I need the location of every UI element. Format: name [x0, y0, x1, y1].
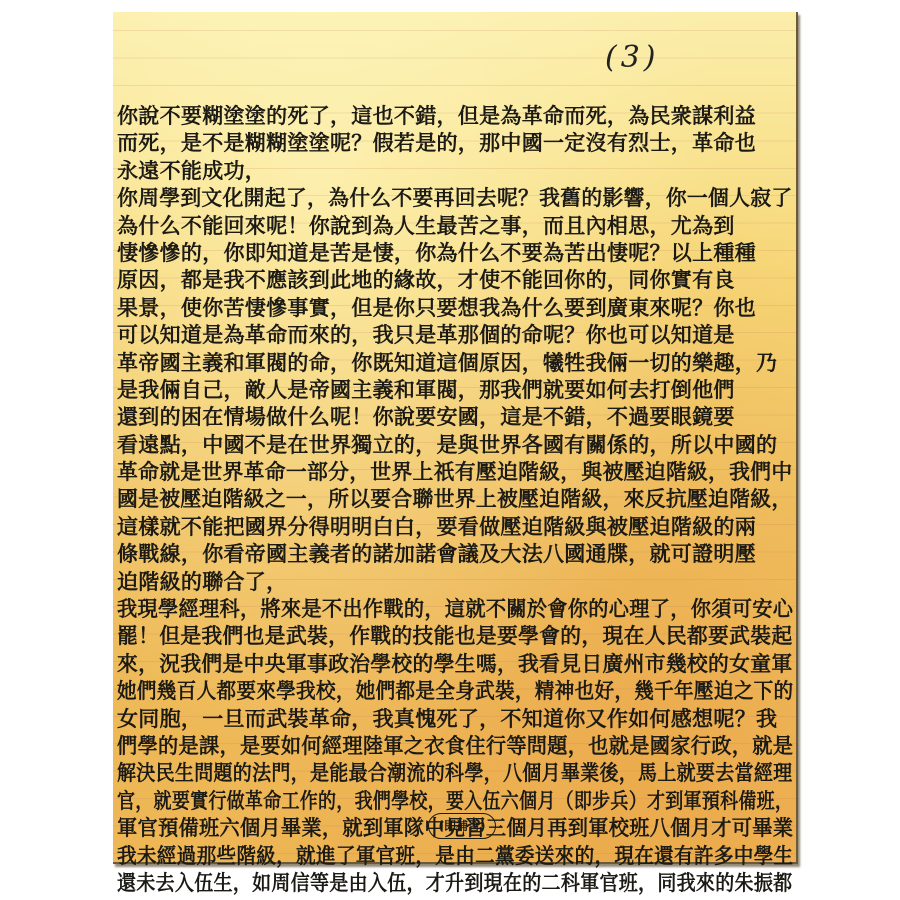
- text-line: 革命就是世界革命一部分，世界上祇有壓迫階級，與被壓迫階級，我們中: [117, 459, 791, 486]
- text-line: 這樣就不能把國界分得明明白白，要看做壓迫階級與被壓迫階級的兩: [117, 514, 797, 541]
- handwritten-text-block: 你說不要糊塗塗的死了，這也不錯，但是為革命而死，為民衆謀利益 而死，是不是糊糊塗…: [117, 103, 797, 897]
- text-line: 我現學經理科，將來是不出作戰的，這就不關於會你的心理了，你須可安心: [117, 596, 771, 623]
- page-number: (3): [605, 40, 660, 75]
- margin-annotation: (即補習): [428, 813, 496, 839]
- text-line: 來，況我們是中央軍事政治學校的學生嗎，我看見日廣州市幾校的女童軍: [117, 651, 791, 678]
- text-line: 女同胞，一旦而武裝革命，我真愧死了，不知道你又作如何感想呢？我: [117, 706, 797, 733]
- text-line: 解決民生問題的法門，是能最合潮流的科學，八個月畢業後，馬上就要去當經理: [117, 760, 733, 787]
- text-line: 還到的困在情場做什么呢！你說要安國，這是不錯，不過要眼鏡要: [117, 404, 797, 431]
- text-line: 是我倆自己，敵人是帝國主義和軍閥，那我們就要如何去打倒他們: [117, 377, 797, 404]
- text-line: 官，就要實行做革命工作的，我們學校，要入伍六個月（即步兵）才到軍預科備班，: [117, 788, 700, 815]
- text-line: 迫階級的聯合了，: [117, 569, 797, 596]
- text-line: 悽慘慘的，你即知道是苦是悽，你為什么不要為苦出悽呢？以上種種: [117, 240, 797, 267]
- text-line: 還未去入伍生，如周信等是由入伍，才升到現在的二科軍官班，同我來的朱振都: [117, 870, 733, 897]
- text-line: 革帝國主義和軍閥的命，你既知道這個原因，犧牲我倆一切的樂趣，乃: [117, 350, 797, 377]
- text-line: 你周學到文化開起了，為什么不要再回去呢？我舊的影響，你一個人寂了: [117, 185, 791, 212]
- text-line: 罷！但是我們也是武裝，作戰的技能也是要學會的，現在人民都要武裝起: [117, 623, 791, 650]
- text-line: 看遠點，中國不是在世界獨立的，是與世界各國有關係的，所以中國的: [117, 432, 797, 459]
- text-line: 為什么不能回來呢！你說到為人生最苦之事，而且內相思，尤為到: [117, 213, 797, 240]
- text-line: 我未經過那些階級，就進了軍官班，是由二黨委送來的，現在還有許多中學生: [117, 843, 752, 870]
- text-line: 永遠不能成功，: [117, 158, 797, 185]
- text-line: 國是被壓迫階級之一，所以要合聯世界上被壓迫階級，來反抗壓迫階級，: [117, 486, 791, 513]
- text-line: 你說不要糊塗塗的死了，這也不錯，但是為革命而死，為民衆謀利益: [117, 103, 797, 130]
- text-line: 果景，使你苦悽慘事實，但是你只要想我為什么要到廣東來呢？你也: [117, 295, 797, 322]
- text-line: 而死，是不是糊糊塗塗呢？假若是的，那中國一定沒有烈士，革命也: [117, 130, 797, 157]
- text-line: 可以知道是為革命而來的，我只是革那個的命呢？你也可以知道是: [117, 322, 797, 349]
- text-line: 條戰線，你看帝國主義者的諾加諾會議及大法八國通牒，就可證明壓: [117, 541, 797, 568]
- text-line: 她們幾百人都要來學我校，她們都是全身武裝，精神也好，幾千年壓迫之下的: [117, 678, 752, 705]
- text-line: 們學的是課，是要如何經理陸軍之衣食住行等問題，也就是國家行政，就是: [117, 733, 771, 760]
- text-line: 原因，都是我不應該到此地的緣故，才使不能回你的，同你實有良: [117, 267, 797, 294]
